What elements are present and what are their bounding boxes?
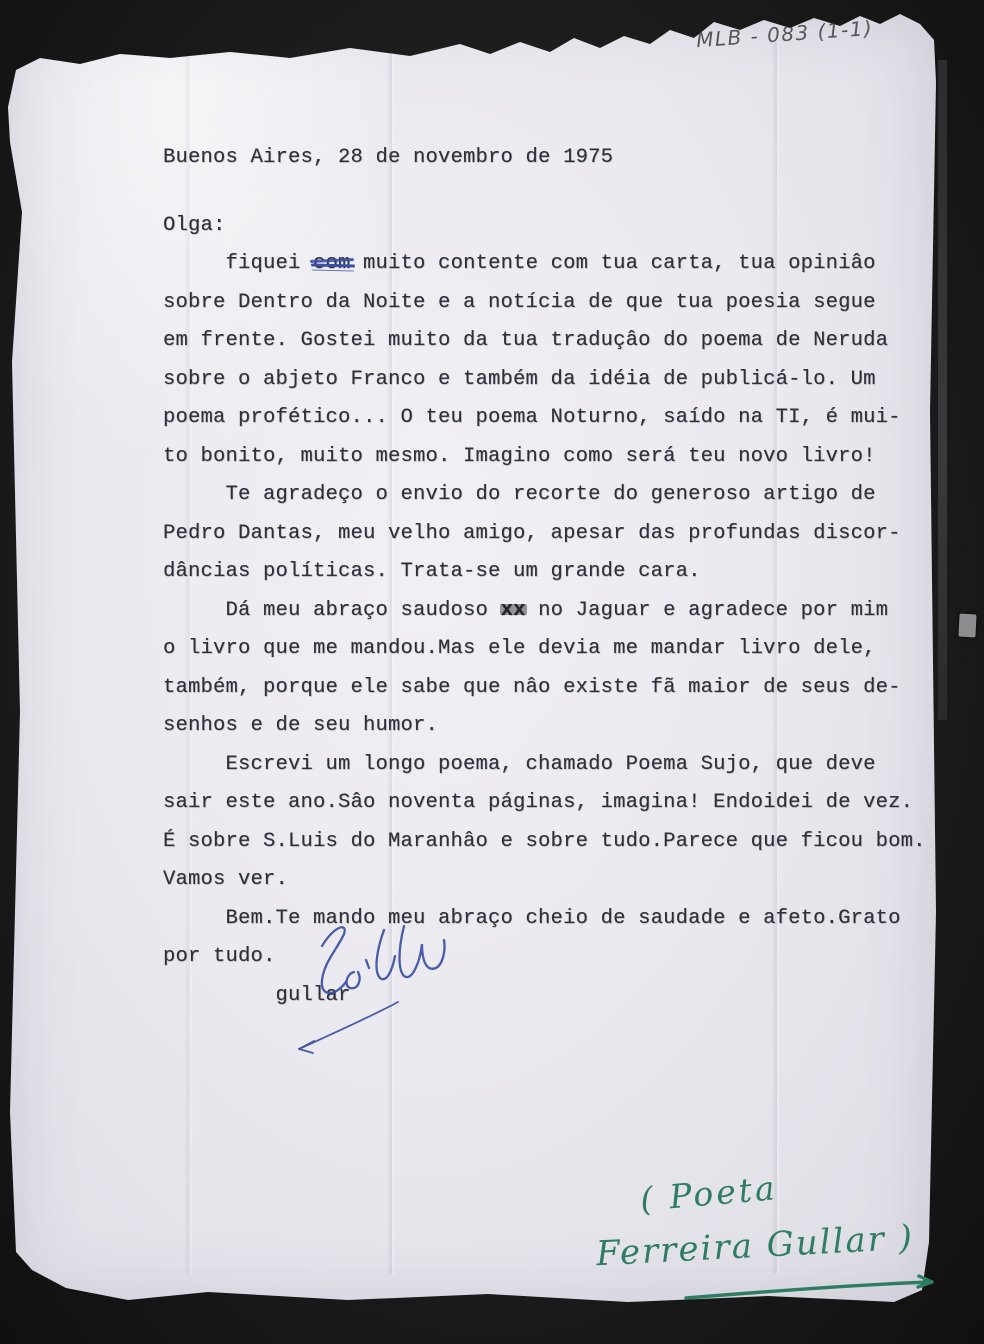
letter-line: poema profético... O teu poema Noturno, … xyxy=(163,399,926,438)
scan-background: MLB - 083 (1-1) Buenos Aires, 28 de nove… xyxy=(0,0,984,1344)
scan-edge-tab xyxy=(958,614,976,638)
letter-line: senhos e de seu humor. xyxy=(163,707,926,746)
letter-line: dâncias políticas. Trata-se um grande ca… xyxy=(163,553,926,592)
scan-edge-strip xyxy=(938,60,947,720)
letter-line: por tudo. xyxy=(163,938,926,977)
letter-line: sobre o abjeto Franco e também da idéia … xyxy=(163,361,926,400)
letter-line: Vamos ver. xyxy=(163,861,926,900)
letter-line: em frente. Gostei muito da tua traduçâo … xyxy=(163,322,926,361)
letter-line: gullar xyxy=(163,977,926,1016)
letter-line: Escrevi um longo poema, chamado Poema Su… xyxy=(163,746,926,785)
letter-line: Te agradeço o envio do recorte do genero… xyxy=(163,476,926,515)
letter-line: to bonito, muito mesmo. Imagino como ser… xyxy=(163,438,926,477)
letter-paper: MLB - 083 (1-1) Buenos Aires, 28 de nove… xyxy=(8,12,936,1304)
struck-word: com xyxy=(313,252,351,275)
letter-line: também, porque ele sabe que nâo existe f… xyxy=(163,669,926,708)
letter-line: Dá meu abraço saudoso xx no Jaguar e agr… xyxy=(163,592,926,631)
letter-line: sair este ano.Sâo noventa páginas, imagi… xyxy=(163,784,926,823)
letter-body: fiquei com muito contente com tua carta,… xyxy=(163,245,926,1015)
green-note-line1: ( Poeta xyxy=(639,1168,779,1219)
letter-line: fiquei com muito contente com tua carta,… xyxy=(163,245,926,284)
letter-line: o livro que me mandou.Mas ele devia me m… xyxy=(163,630,926,669)
letter-line: Bem.Te mando meu abraço cheio de saudade… xyxy=(163,900,926,939)
date-line: Buenos Aires, 28 de novembro de 1975 xyxy=(163,146,613,169)
letter-line: sobre Dentro da Noite e a notícia de que… xyxy=(163,284,926,323)
letter-line: Pedro Dantas, meu velho amigo, apesar da… xyxy=(163,515,926,554)
letter-line: É sobre S.Luis do Maranhâo e sobre tudo.… xyxy=(163,823,926,862)
archive-code-annotation: MLB - 083 (1-1) xyxy=(695,16,874,52)
green-note-line2: Ferreira Gullar ) xyxy=(595,1218,915,1275)
struck-word: xx xyxy=(501,599,526,622)
salutation: Olga: xyxy=(163,214,226,237)
